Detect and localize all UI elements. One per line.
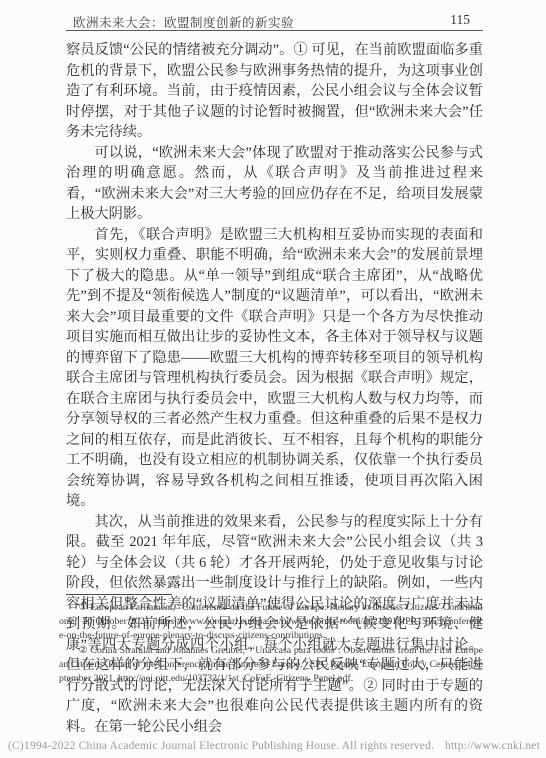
paragraph: 可以说，“欧洲未来大会”体现了欧盟对于推动落实公民参与式治理的明确意愿。然而，从… — [66, 143, 483, 225]
page-footer: (C)1994-2022 China Academic Journal Elec… — [8, 740, 540, 752]
paragraph-continuation: 察员反馈“公民的情绪被充分调动”。① 可见，在当前欧盟面临多重危机的背景下，欧盟… — [66, 40, 483, 143]
paragraph: 首先，《联合声明》是欧盟三大机构相互妥协而实现的表面和平，实则权力重叠、职能不明… — [66, 225, 483, 512]
copyright-notice: (C)1994-2022 China Academic Journal Elec… — [8, 740, 434, 752]
footnote-2: ② Corina Stratulat and Johannes Greubel,… — [59, 644, 483, 687]
footnote-separator — [66, 594, 172, 595]
footnote-1: ① European Parliament, “Conference on th… — [59, 601, 483, 644]
header-rule — [66, 30, 483, 31]
journal-page: 欧洲未来大会：欧盟制度创新的新实验 115 察员反馈“公民的情绪被充分调动”。①… — [0, 0, 546, 758]
footnotes: ① European Parliament, “Conference on th… — [59, 601, 483, 686]
running-title: 欧洲未来大会：欧盟制度创新的新实验 — [73, 13, 294, 31]
page-number: 115 — [450, 12, 470, 28]
cnki-url: http://www.cnki.net — [445, 740, 540, 752]
